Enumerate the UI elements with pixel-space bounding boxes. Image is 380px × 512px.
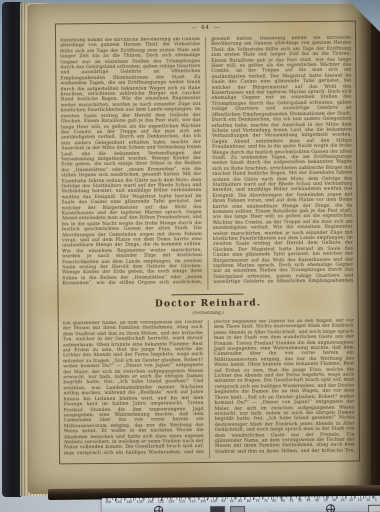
photographic-ruler: 1501451401351301251201151101051009590858… (102, 496, 380, 512)
ruler-number: 150 (105, 501, 111, 504)
ruler-number: 90 (230, 500, 234, 503)
ruler-number: 80 (247, 500, 251, 503)
ruler-number: 50 (298, 500, 302, 503)
ruler-number: 15 (358, 499, 362, 502)
ruler-number: 20 (349, 499, 353, 502)
ruler-number: 45 (306, 500, 310, 503)
article-subtitle: (Fortsetzung.) (59, 310, 358, 318)
ruler-number: 35 (324, 499, 328, 502)
page-gutter-shadow (338, 0, 380, 502)
ruler-number: 120 (168, 501, 174, 504)
ruler-number: 30 (332, 499, 336, 502)
ruler-number: 95 (221, 500, 225, 503)
ruler-number: 25 (341, 499, 345, 502)
ruler-number: 100 (211, 500, 217, 503)
ruler-number: 55 (289, 500, 293, 503)
ruler-number: 105 (200, 500, 206, 503)
ruler-number: 60 (281, 500, 285, 503)
page-number-ornament-left: — (187, 25, 201, 31)
crosshair-target-icon (326, 504, 335, 512)
ruler-number: 75 (255, 500, 259, 503)
ruler-number: 65 (272, 500, 276, 503)
grayscale-patch-dark (210, 506, 225, 512)
page-text-frame: —44— Beziehung nimmt die kirchliche Bevö… (55, 21, 360, 465)
ruler-number: 130 (147, 501, 153, 504)
ruler-number: 10 (366, 499, 370, 502)
ruler-number: 40 (315, 500, 319, 503)
crosshair-target-icon (154, 506, 163, 512)
article-title: Doctor Reinhard. (59, 298, 358, 311)
ruler-number: 115 (179, 501, 185, 504)
grayscale-patch-light (368, 504, 380, 512)
ruler-number: 135 (137, 501, 143, 504)
book-cover-spine (2, 2, 21, 497)
article-reinhard-columns: Ein glänzender Name, an dem vorzugsweise… (63, 319, 355, 460)
grayscale-patch-mid (230, 505, 245, 512)
ruler-number: 70 (264, 500, 268, 503)
photographed-book: —44— Beziehung nimmt die kirchliche Bevö… (0, 0, 380, 502)
ruler-number: 140 (126, 501, 132, 504)
ruler-number: 85 (238, 500, 242, 503)
article-previous-columns: Beziehung nimmt die kirchliche Bevölkeru… (60, 36, 353, 292)
article-separator-rule (171, 294, 243, 296)
ruler-calibration-symbols (102, 504, 380, 512)
page-number-ornament-right: — (210, 25, 224, 31)
page-number: 44 (201, 25, 210, 31)
page-number-row: —44— (56, 24, 355, 33)
ruler-number: 145 (116, 501, 122, 504)
ruler-number: 110 (189, 501, 195, 504)
ruler-number: 125 (158, 501, 164, 504)
ruler-number: 5 (375, 499, 377, 502)
